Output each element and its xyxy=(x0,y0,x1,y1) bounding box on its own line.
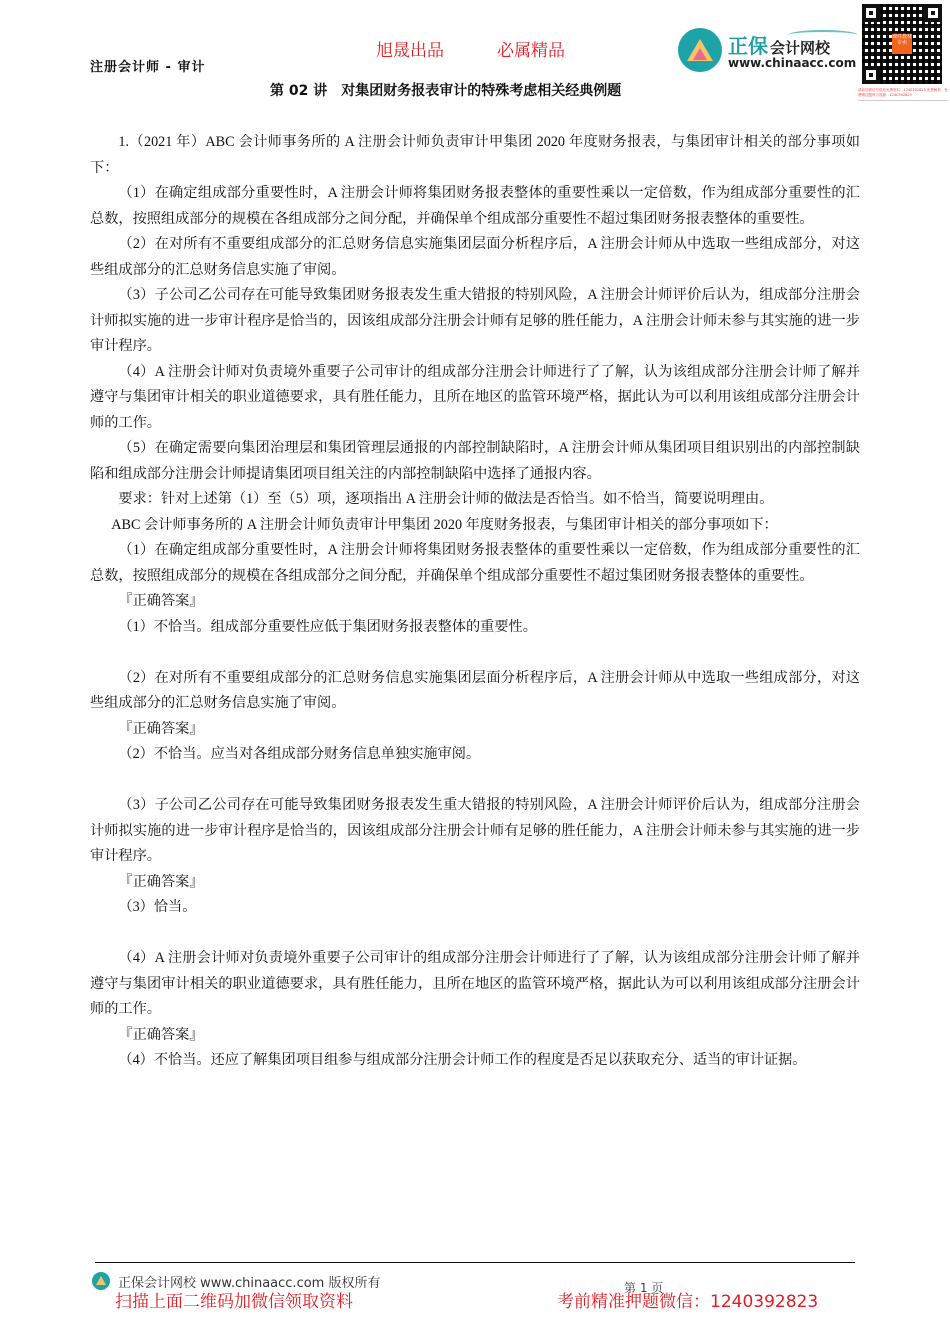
restated-item: （2）在对所有不重要组成部分的汇总财务信息实施集团层面分析程序后，A 注册会计师… xyxy=(90,666,860,717)
page-title: 第 02 讲 对集团财务报表审计的特殊考虑相关经典例题 xyxy=(270,80,621,100)
restated-item: （1）在确定组成部分重要性时，A 注册会计师将集团财务报表整体的重要性乘以一定倍… xyxy=(90,538,860,589)
brand-logo: 正保会计网校 www.chinaacc.com xyxy=(678,28,858,76)
question-intro: 1.（2021 年）ABC 会计师事务所的 A 注册会计师负责审计甲集团 202… xyxy=(90,130,860,181)
restated-item: （3）子公司乙公司存在可能导致集团财务报表发生重大错报的特别风险，A 注册会计师… xyxy=(90,793,860,870)
answer-label: 『正确答案』 xyxy=(90,717,860,743)
answer-label: 『正确答案』 xyxy=(90,1023,860,1049)
footer-divider xyxy=(95,1262,855,1263)
logo-emblem-icon xyxy=(678,28,722,72)
answer-text: （3）恰当。 xyxy=(90,895,860,921)
question-item: （5）在确定需要向集团治理层和集团管理层通报的内部控制缺陷时，A 注册会计师从集… xyxy=(90,436,860,487)
promo-text-right: 考前精准押题微信：1240392823 xyxy=(557,1287,818,1312)
footer-logo-icon xyxy=(92,1272,110,1290)
requirement-text: 要求：针对上述第（1）至（5）项，逐项指出 A 注册会计师的做法是否恰当。如不恰… xyxy=(90,487,860,513)
answer-label: 『正确答案』 xyxy=(90,589,860,615)
answer-label: 『正确答案』 xyxy=(90,870,860,896)
spacer xyxy=(90,768,860,794)
course-label: 注册会计师 - 审计 xyxy=(90,56,205,75)
logo-name-suffix: 会计网校 xyxy=(770,39,830,57)
qr-code-icon: 课件教材专卖 xyxy=(862,4,942,84)
logo-name-main: 正保 xyxy=(728,34,768,58)
spacer xyxy=(90,921,860,947)
slogan-text: 必属精品 xyxy=(497,36,565,61)
qr-caption: 请添加微信号领取免费资料：1240392823 免费解析、免费赠送题库与视频：1… xyxy=(858,88,948,101)
question-item: （2）在对所有不重要组成部分的汇总财务信息实施集团层面分析程序后，A 注册会计师… xyxy=(90,232,860,283)
answer-text: （4）不恰当。还应了解集团项目组参与组成部分注册会计师工作的程度是否足以获取充分… xyxy=(90,1048,860,1074)
restated-intro: ABC 会计师事务所的 A 注册会计师负责审计甲集团 2020 年度财务报表，与… xyxy=(90,513,860,539)
logo-url: www.chinaacc.com xyxy=(728,56,856,70)
answer-text: （2）不恰当。应当对各组成部分财务信息单独实施审阅。 xyxy=(90,742,860,768)
promo-text-left: 扫描上面二维码加微信领取资料 xyxy=(115,1287,353,1312)
question-item: （3）子公司乙公司存在可能导致集团财务报表发生重大错报的特别风险，A 注册会计师… xyxy=(90,283,860,360)
qr-badge: 课件教材专卖 xyxy=(892,34,912,54)
logo-name: 正保会计网校 xyxy=(728,30,830,59)
question-item: （1）在确定组成部分重要性时，A 注册会计师将集团财务报表整体的重要性乘以一定倍… xyxy=(90,181,860,232)
document-body: 1.（2021 年）ABC 会计师事务所的 A 注册会计师负责审计甲集团 202… xyxy=(90,130,860,1074)
answer-text: （1）不恰当。组成部分重要性应低于集团财务报表整体的重要性。 xyxy=(90,615,860,641)
restated-item: （4）A 注册会计师对负责境外重要子公司审计的组成部分注册会计师进行了了解，认为… xyxy=(90,946,860,1023)
question-item: （4）A 注册会计师对负责境外重要子公司审计的组成部分注册会计师进行了了解，认为… xyxy=(90,360,860,437)
slogan-text: 旭晟出品 xyxy=(376,36,444,61)
spacer xyxy=(90,640,860,666)
